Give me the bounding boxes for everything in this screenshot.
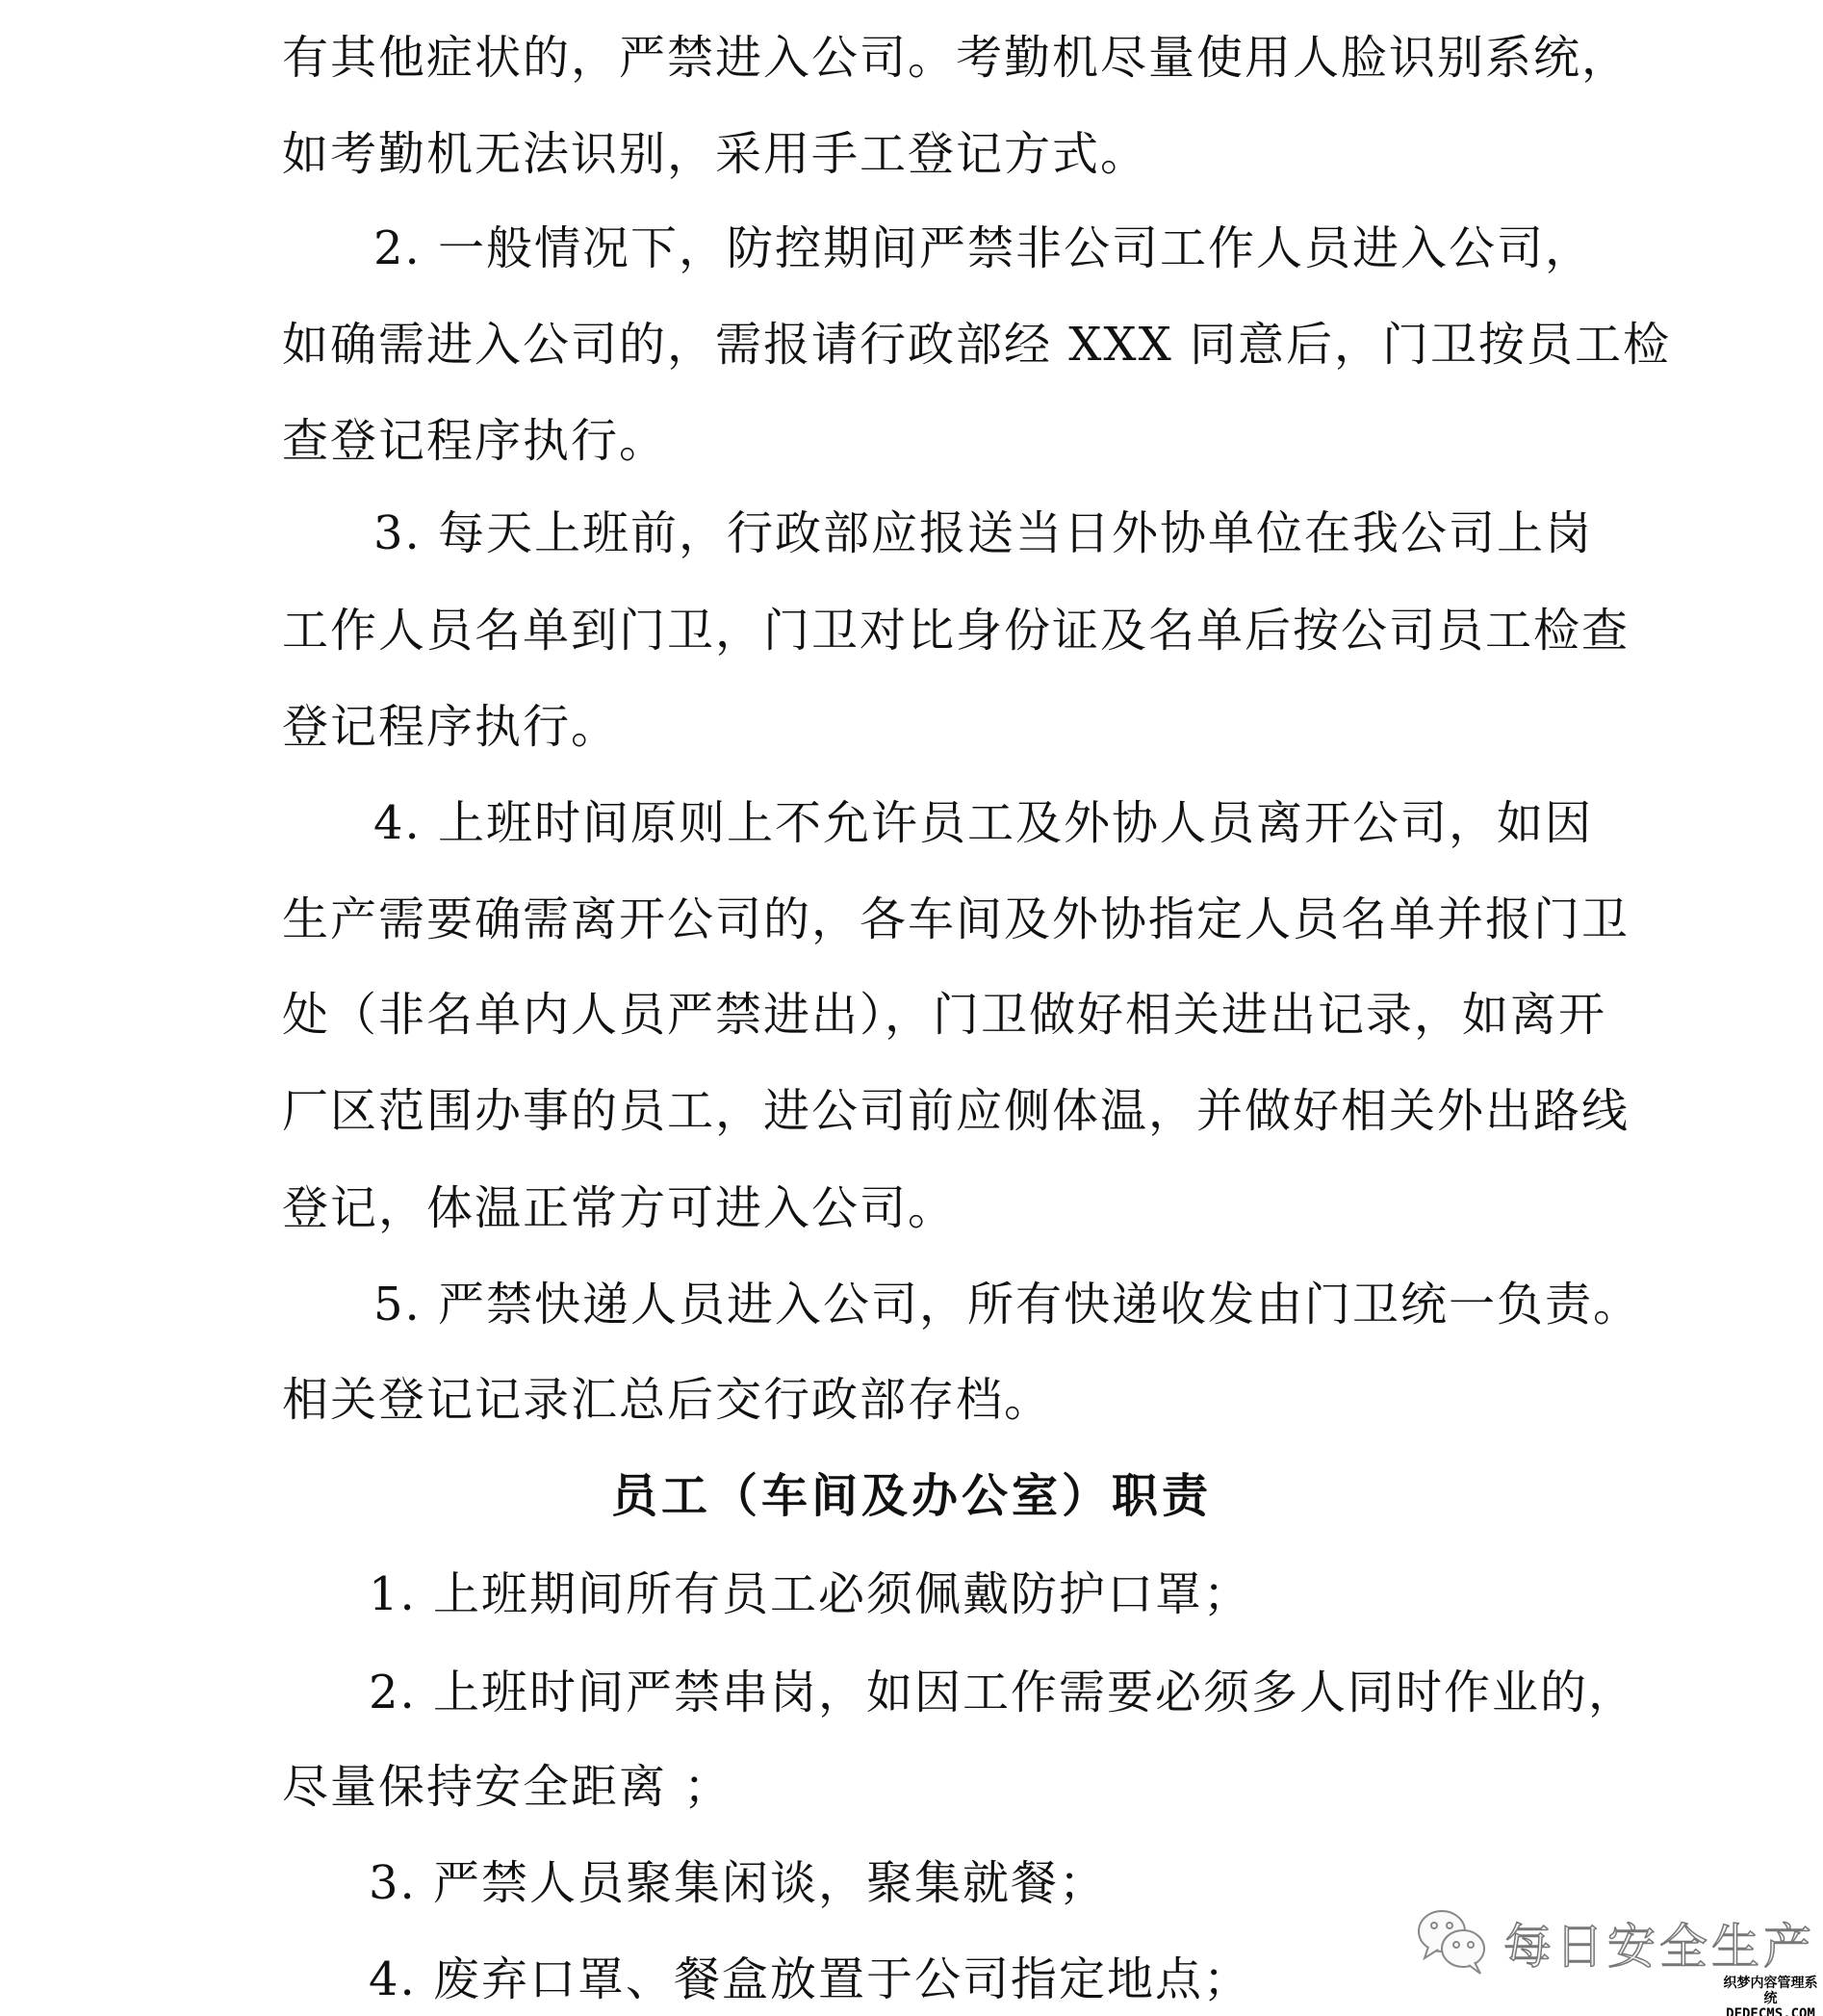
paragraph-line: 生产需要确需离开公司的，各车间及外协指定人员名单并报门卫 (282, 891, 1562, 948)
dedecms-line1: 织梦内容管理系统 (1718, 1976, 1823, 2006)
paragraph-line: 3. 每天上班前，行政部应报送当日外协单位在我公司上岗 (373, 504, 1562, 562)
wechat-watermark: 每日安全生产 (1415, 1906, 1815, 1979)
list-item: 3. 严禁人员聚集闲谈，聚集就餐； (369, 1854, 1649, 1912)
section-heading: 员工（车间及办公室）职责 (0, 1467, 1823, 1525)
paragraph-line: 有其他症状的，严禁进入公司。考勤机尽量使用人脸识别系统， (282, 29, 1562, 87)
paragraph-line: 相关登记记录汇总后交行政部存档。 (282, 1371, 1562, 1429)
watermark-text: 每日安全生产 (1503, 1908, 1815, 1977)
dedecms-line2: DEDECMS.COM (1718, 2006, 1823, 2016)
paragraph-line: 如确需进入公司的，需报请行政部经 XXX 同意后，门卫按员工检 (282, 316, 1562, 374)
list-item: 尽量保持安全距离 ； (282, 1758, 1562, 1816)
paragraph-line: 查登记程序执行。 (282, 412, 1562, 470)
wechat-icon (1415, 1906, 1490, 1979)
paragraph-line: 2. 一般情况下，防控期间严禁非公司工作人员进入公司， (373, 220, 1562, 277)
dedecms-watermark: 织梦内容管理系统 DEDECMS.COM (1718, 1976, 1823, 2016)
paragraph-line: 4. 上班时间原则上不允许员工及外协人员离开公司，如因 (373, 794, 1562, 852)
paragraph-line: 登记，体温正常方可进入公司。 (282, 1179, 1562, 1237)
paragraph-line: 5. 严禁快递人员进入公司，所有快递收发由门卫统一负责。 (373, 1276, 1562, 1333)
paragraph-line: 厂区范围办事的员工，进公司前应侧体温，并做好相关外出路线 (282, 1082, 1562, 1140)
paragraph-line: 登记程序执行。 (282, 698, 1562, 756)
paragraph-line: 工作人员名单到门卫，门卫对比身份证及名单后按公司员工检查 (282, 602, 1562, 659)
list-item: 2. 上班时间严禁串岗，如因工作需要必须多人同时作业的， (369, 1664, 1562, 1721)
list-item: 1. 上班期间所有员工必须佩戴防护口罩； (369, 1565, 1649, 1623)
paragraph-line: 如考勤机无法识别，采用手工登记方式。 (282, 125, 1562, 183)
paragraph-line: 处（非名单内人员严禁进出），门卫做好相关进出记录，如离开 (282, 986, 1562, 1044)
